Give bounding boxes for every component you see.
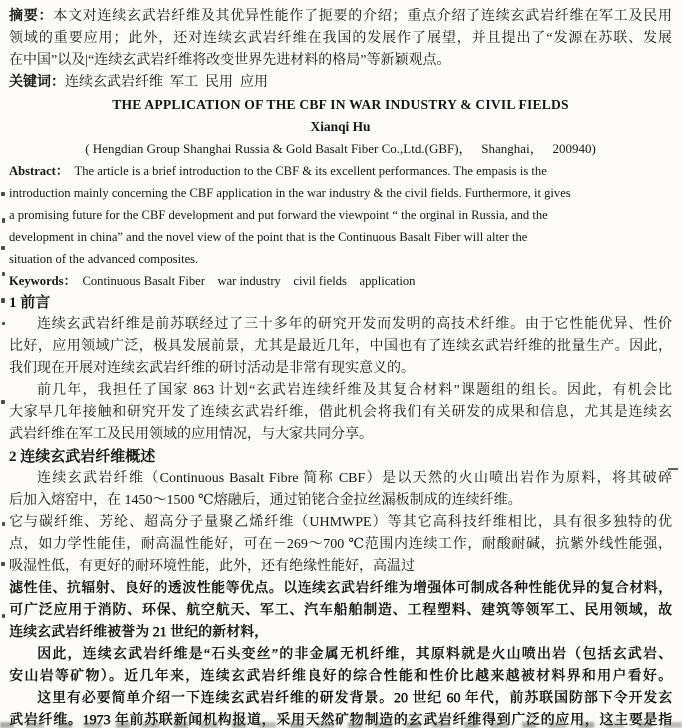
scanned-paper-page: 摘要：本文对连续玄武岩纤维及其优异性能作了扼要的介绍；重点介绍了连续玄武岩纤维在… — [0, 0, 682, 728]
section2-line11: 这里有必要简单介绍一下连续玄武岩纤维的研发背景。20 世纪 60 年代，前苏联国… — [9, 688, 672, 710]
abstract-cn-text: 本文对连续玄武岩纤维及其优异性能作了扼要的介绍；重点介绍了连续玄武岩纤维在军工及… — [53, 9, 672, 24]
abstract-en-label: Abstract： — [9, 164, 68, 178]
scan-speck — [2, 272, 5, 276]
abstract-en-line5: situation of the advanced composites. — [9, 248, 672, 270]
scan-speck — [2, 522, 5, 526]
author-name: Xianqi Hu — [9, 116, 672, 138]
scan-speck — [1, 400, 5, 404]
section2-heading: 2 连续玄武岩纤维概述 — [9, 446, 672, 468]
section1-line2: 比好，应用领域广泛，极具发展前景，尤其是最近几年，中国也有了连续玄武岩纤维的批量… — [9, 336, 672, 358]
scan-edge-dash — [668, 468, 678, 470]
abstract-cn-line1: 摘要：本文对连续玄武岩纤维及其优异性能作了扼要的介绍；重点介绍了连续玄武岩纤维在… — [9, 6, 672, 28]
section2-line10: 安山岩等矿物）。近几年来，连续玄武岩纤维良好的综合性能和性价比越来越被材料界和用… — [9, 666, 672, 688]
abstract-en-line2: introduction mainly concerning the CBF a… — [9, 182, 672, 204]
section1-line5: 大家早几年接触和研究开发了连续玄武岩纤维，借此机会将我们有关研发的成果和信息，尤… — [9, 402, 672, 424]
keywords-cn-line: 关键词：连续玄武岩纤维 军工 民用 应用 — [9, 72, 672, 94]
section2-line5: 吸湿性低，有更好的耐环境性能，此外，还有绝缘性能好，高温过 — [9, 556, 672, 578]
paper-title: THE APPLICATION OF THE CBF IN WAR INDUST… — [9, 94, 672, 116]
scan-speck — [1, 298, 5, 303]
section2-line4: 点，如力学性能佳，耐高温性能好，可在－269～700 ℃范围内连续工作，耐酸耐碱… — [9, 534, 672, 556]
keywords-cn-label: 关键词： — [9, 75, 65, 90]
scan-speck — [2, 614, 5, 618]
keywords-cn-text: 连续玄武岩纤维 军工 民用 应用 — [65, 75, 268, 90]
scan-speck — [1, 562, 5, 566]
affiliation: ( Hengdian Group Shanghai Russia & Gold … — [9, 138, 672, 160]
keywords-en-label: Keywords： — [9, 274, 76, 288]
section2-line6: 滤性佳、抗辐射、良好的透波性能等优点。以连续玄武岩纤维为增强体可制成各种性能优异… — [9, 578, 672, 600]
scan-speck — [1, 246, 5, 250]
section1-heading: 1 前言 — [9, 292, 672, 314]
section1-line4: 前几年，我担任了国家 863 计划“玄武岩连续纤维及其复合材料”课题组的组长。因… — [9, 380, 672, 402]
section2-line8: 连续玄武岩纤维被誉为 21 世纪的新材料， — [9, 622, 672, 644]
abstract-cn-line3: 在中国”以及|“连续玄武岩纤维将改变世界先进材料的格局”等新颖观点。 — [9, 50, 672, 72]
section1-line1: 连续玄武岩纤维是前苏联经过了三十多年的研究开发而发明的高技术纤维。由于它性能优异… — [9, 314, 672, 336]
abstract-en-text: The article is a brief introduction to t… — [68, 164, 546, 178]
section1-line6: 武岩纤维在军工及民用领域的应用情况，与大家共同分享。 — [9, 424, 672, 446]
section2-line1: 连续玄武岩纤维（Continuous Basalt Fibre 简称 CBF）是… — [9, 468, 672, 490]
abstract-en-line4: development in china” and the novel view… — [9, 226, 672, 248]
abstract-cn-line2: 领域的重要应用；此外，还对连续玄武岩纤维在我国的发展作了展望，并且提出了“发源在… — [9, 28, 672, 50]
scan-speck — [1, 192, 5, 196]
scan-speck — [2, 322, 5, 325]
section2-line9: 因此，连续玄武岩纤维是“石头变丝”的非金属无机纤维，其原料就是火山喷出岩（包括玄… — [9, 644, 672, 666]
section2-line3: 它与碳纤维、芳纶、超高分子量聚乙烯纤维（UHMWPE）等其它高科技纤维相比，具有… — [9, 512, 672, 534]
abstract-cn-label: 摘要： — [9, 9, 53, 24]
section2-line2: 后加入熔窑中，在 1450～1500 ℃熔融后，通过铂铑合金拉丝漏板制成的连续纤… — [9, 490, 672, 512]
keywords-en-text: Continuous Basalt Fiber war industry civ… — [76, 274, 415, 288]
keywords-en-line: Keywords： Continuous Basalt Fiber war in… — [9, 270, 672, 292]
scan-speck — [2, 218, 5, 223]
abstract-en-line3: a promising future for the CBF developme… — [9, 204, 672, 226]
section1-line3: 我们现在开展对连续玄武岩纤维的研讨活动是非常有现实意义的。 — [9, 358, 672, 380]
section2-line7: 可广泛应用于消防、环保、航空航天、军工、汽车船舶制造、工程塑料、建筑等领军工、民… — [9, 600, 672, 622]
scan-bottom-smudge — [0, 722, 682, 728]
abstract-en-line1: Abstract： The article is a brief introdu… — [9, 160, 672, 182]
